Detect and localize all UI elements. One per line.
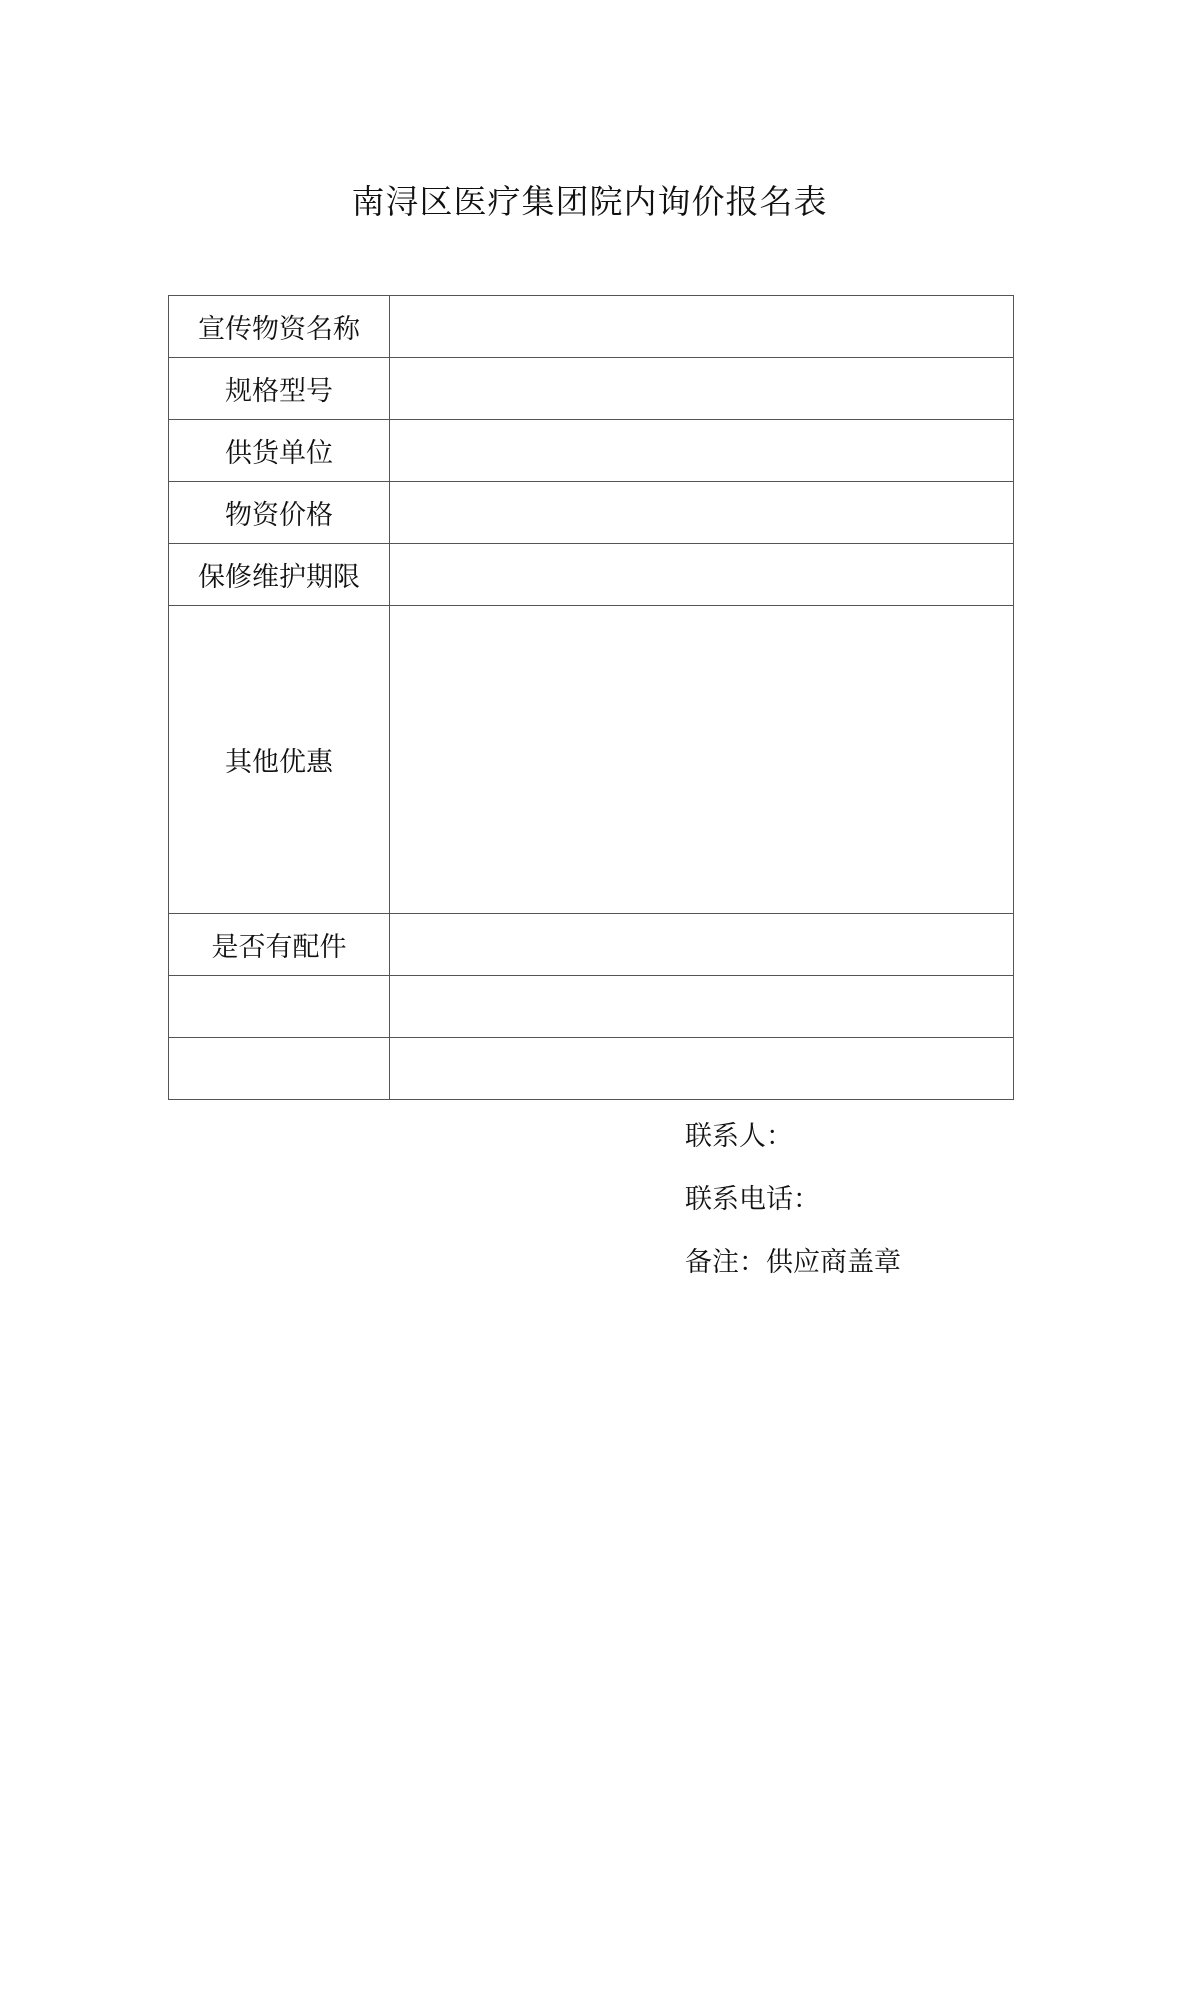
field-value-supplier[interactable] (390, 420, 1014, 482)
field-label-material-name: 宣传物资名称 (169, 296, 390, 358)
contact-phone-label: 联系电话： (685, 1180, 901, 1243)
registration-form-table: 宣传物资名称 规格型号 供货单位 物资价格 保修维护期限 其他优惠 是否有配件 (168, 295, 1014, 1100)
field-value-accessories[interactable] (390, 914, 1014, 976)
table-row: 物资价格 (169, 482, 1014, 544)
field-label-price: 物资价格 (169, 482, 390, 544)
field-value-other-discounts[interactable] (390, 606, 1014, 914)
table-row: 供货单位 (169, 420, 1014, 482)
field-label-other-discounts: 其他优惠 (169, 606, 390, 914)
supplier-seal-note: 备注：供应商盖章 (685, 1243, 901, 1306)
table-row (169, 1038, 1014, 1100)
field-label-blank-2 (169, 1038, 390, 1100)
table-row: 是否有配件 (169, 914, 1014, 976)
field-label-warranty-period: 保修维护期限 (169, 544, 390, 606)
field-value-blank-1[interactable] (390, 976, 1014, 1038)
field-label-accessories: 是否有配件 (169, 914, 390, 976)
field-value-blank-2[interactable] (390, 1038, 1014, 1100)
table-row: 其他优惠 (169, 606, 1014, 914)
field-label-supplier: 供货单位 (169, 420, 390, 482)
footer-contact-block: 联系人： 联系电话： 备注：供应商盖章 (685, 1117, 901, 1306)
field-label-blank-1 (169, 976, 390, 1038)
table-row: 宣传物资名称 (169, 296, 1014, 358)
field-value-material-name[interactable] (390, 296, 1014, 358)
page-title: 南浔区医疗集团院内询价报名表 (0, 180, 1179, 224)
field-value-warranty-period[interactable] (390, 544, 1014, 606)
field-value-price[interactable] (390, 482, 1014, 544)
table-row: 保修维护期限 (169, 544, 1014, 606)
field-label-spec-model: 规格型号 (169, 358, 390, 420)
table-row: 规格型号 (169, 358, 1014, 420)
table-row (169, 976, 1014, 1038)
field-value-spec-model[interactable] (390, 358, 1014, 420)
contact-person-label: 联系人： (685, 1117, 901, 1180)
